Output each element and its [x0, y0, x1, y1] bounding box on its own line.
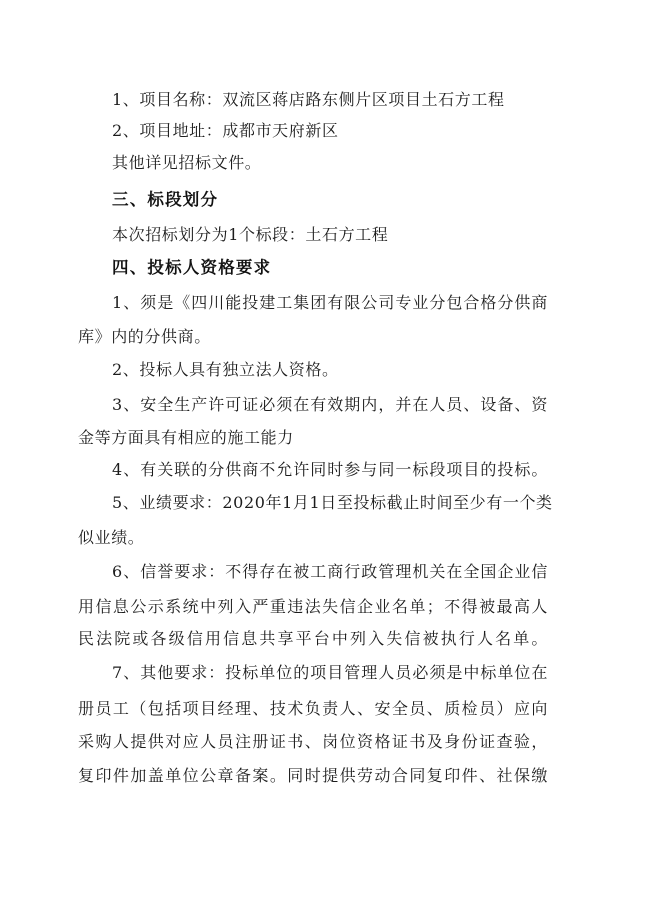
project-name-line: 1、项目名称：双流区蒋店路东侧片区项目土石方工程	[112, 88, 548, 112]
section-heading-bidder-qualifications: 四、投标人资格要求	[112, 256, 548, 280]
see-bid-documents-line: 其他详见招标文件。	[112, 151, 548, 175]
requirement-6-line-1: 6、信誉要求：不得存在被工商行政管理机关在全国企业信	[112, 560, 548, 584]
requirement-5-line-1: 5、业绩要求：2020年1月1日至投标截止时间至少有一个类	[112, 491, 548, 515]
requirement-1-line-2: 库》内的分供商。	[78, 325, 548, 349]
lot-division-text: 本次招标划分为1个标段：土石方工程	[112, 223, 548, 247]
requirement-7-line-4: 复印件加盖单位公章备案。同时提供劳动合同复印件、社保缴	[78, 764, 548, 788]
requirement-6-line-2: 用信息公示系统中列入严重违法失信企业名单；不得被最高人	[78, 595, 548, 619]
requirement-7-line-1: 7、其他要求：投标单位的项目管理人员必须是中标单位在	[112, 661, 548, 685]
requirement-3-line-2: 金等方面具有相应的施工能力	[78, 426, 548, 450]
requirement-3-line-1: 3、安全生产许可证必须在有效期内，并在人员、设备、资	[112, 393, 548, 417]
requirement-4: 4、有关联的分供商不允许同时参与同一标段项目的投标。	[112, 458, 548, 482]
requirement-7-line-2: 册员工（包括项目经理、技术负责人、安全员、质检员）应向	[78, 697, 548, 721]
document-page: 1、项目名称：双流区蒋店路东侧片区项目土石方工程 2、项目地址：成都市天府新区 …	[0, 0, 646, 913]
requirement-7-line-3: 采购人提供对应人员注册证书、岗位资格证书及身份证查验，	[78, 730, 548, 754]
section-heading-lot-division: 三、标段划分	[112, 188, 548, 212]
requirement-2: 2、投标人具有独立法人资格。	[112, 358, 548, 382]
requirement-5-line-2: 似业绩。	[78, 526, 548, 550]
requirement-6-line-3: 民法院或各级信用信息共享平台中列入失信被执行人名单。	[78, 627, 548, 651]
requirement-1-line-1: 1、须是《四川能投建工集团有限公司专业分包合格分供商	[112, 291, 548, 315]
project-address-line: 2、项目地址：成都市天府新区	[112, 119, 548, 143]
